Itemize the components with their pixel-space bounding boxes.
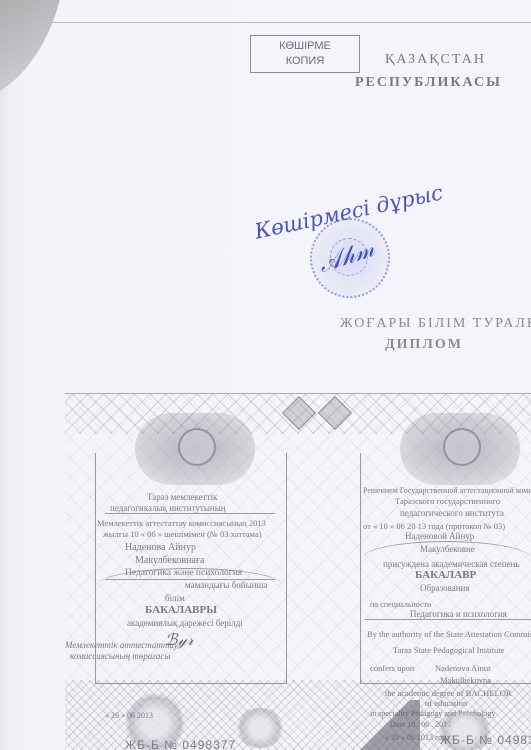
underline <box>365 619 531 620</box>
country-name-line1: ҚАЗАҚСТАН <box>385 52 486 68</box>
ru-name-line2: Макулбековне <box>420 544 475 554</box>
page-fold-shadow <box>0 0 64 116</box>
diploma-spread: Тараз мемлекеттік педагогикалық институт… <box>65 393 531 750</box>
document-title-line1: ЖОҒАРЫ БІЛІМ ТУРАЛЫ <box>340 316 531 332</box>
kz-specialty-suffix: мамандығы бойынша <box>185 580 267 590</box>
serial-number-kazakh: ЖБ-Б № 0498377 <box>125 738 236 750</box>
en-name-line1: Nadenova Ainur <box>435 663 491 673</box>
ru-name-line1: Наденовой Айнур <box>405 531 474 541</box>
kz-institute-line1: Тараз мемлекеттік <box>147 492 217 502</box>
kz-specialty: Педагогика және психология <box>125 568 242 578</box>
en-authority: By the authority of the State Attestatio… <box>367 629 531 639</box>
rosette-icon <box>235 708 285 748</box>
ru-decision-line3: педагогического института <box>400 508 504 518</box>
en-confers-upon: confers upon <box>370 663 414 673</box>
country-name-line2: РЕСПУБЛИКАСЫ <box>355 75 502 91</box>
kz-chair-signature: ℬ𝓎𝓇 <box>165 630 194 650</box>
top-edge-line <box>50 22 531 23</box>
kz-chair-line2: комиссиясының төрағасы <box>70 651 170 661</box>
kz-commission: Мемлекеттік аттестаттау комиссиясының 20… <box>97 518 266 528</box>
serial-number-russian: ЖБ-Б № 0498377 <box>440 733 531 747</box>
stamp-line-kazakh: КӨШІРМЕ <box>251 39 359 54</box>
kz-name-line1: Наденова Айнур <box>125 542 196 553</box>
kz-education-word: білім <box>165 593 185 603</box>
kz-institute-line2: педагогикалық институтының <box>110 503 226 513</box>
ru-awarded: присуждена академическая степень <box>383 559 520 569</box>
ru-date-line: от « 10 » 06 20 13 года (протокол № 03) <box>363 521 505 531</box>
scanned-page: КӨШІРМЕ КОПИЯ ҚАЗАҚСТАН РЕСПУБЛИКАСЫ Көш… <box>0 0 531 750</box>
ru-decision-line2: Таразского государственного <box>395 496 500 506</box>
underline <box>105 513 275 514</box>
document-title-line2: ДИПЛОМ <box>385 337 463 353</box>
ru-specialty-label: по специальности <box>370 600 431 609</box>
corner-ornament <box>360 700 420 750</box>
stamp-line-russian: КОПИЯ <box>251 54 359 69</box>
kz-name-line2: Макулбековнаға <box>135 555 204 566</box>
kz-degree-suffix: академиялық дәрежесі берілді <box>127 618 243 628</box>
ru-degree: БАКАЛАВР <box>415 569 476 581</box>
kz-issue-date: « 29 » 06 2013 <box>105 711 153 720</box>
kz-degree: БАКАЛАВРЫ <box>145 604 217 616</box>
ru-education: Образования <box>420 583 469 593</box>
copy-stamp: КӨШІРМЕ КОПИЯ <box>250 35 360 73</box>
kz-chair-line1: Мемлекеттік аттестаттау <box>65 640 178 650</box>
en-institute: Taraz State Pedagogical Institute <box>393 645 505 655</box>
kz-decision-date: жылғы 10 « 06 » шешімімен (№ 03 хаттама) <box>103 529 262 539</box>
ru-decision-line1: Решением Государственной аттестационной … <box>363 486 531 495</box>
ru-specialty: Педагогика и психология <box>410 609 507 619</box>
